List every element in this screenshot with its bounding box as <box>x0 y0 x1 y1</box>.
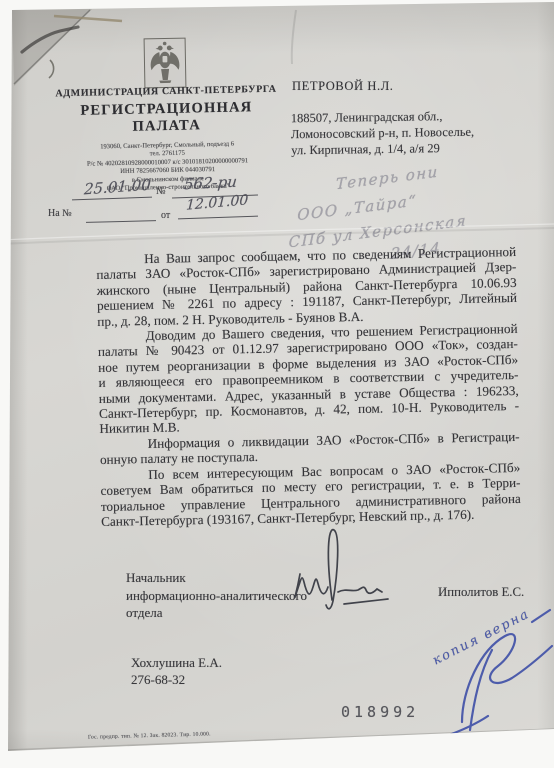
executor-block: Хохлушина Е.А. 276-68-32 <box>131 654 222 688</box>
signature-ink-dark <box>295 530 388 609</box>
double-headed-eagle-icon <box>145 39 186 88</box>
org-name-line1: АДМИНИСТРАЦИЯ САНКТ-ПЕТЕРБУРГА <box>51 84 281 100</box>
printing-house-info: Гос. предпр. тип. № 12. Зак. 82023. Тир.… <box>88 731 211 740</box>
letter-body: На Ваш запрос сообщаем, что по сведениям… <box>96 244 521 529</box>
handwritten-outgoing-number: 562-ри <box>183 173 237 194</box>
vertical-crease <box>292 10 296 64</box>
fold-shadow-line <box>22 27 78 52</box>
signature-title: Начальникинформационно-аналитическогоотд… <box>126 569 307 622</box>
pencil-check-mark <box>49 60 54 78</box>
from-label: от <box>161 210 170 221</box>
recipient-address-line: ул. Кирпичная, д. 1/4, а/я 29 <box>291 140 474 158</box>
pencil-line: Теперь они <box>336 162 439 193</box>
executor-phone: 276-68-32 <box>131 671 222 688</box>
signature-title-line: информационно-аналитического <box>126 587 307 605</box>
handwritten-incoming-date: 12.01.00 <box>186 192 249 214</box>
org-name-line2: РЕГИСТРАЦИОННАЯ ПАЛАТА <box>51 99 282 138</box>
recipient-name: ПЕТРОВОЙ Н.Л. <box>292 79 394 94</box>
signature-title-line: Начальник <box>126 569 307 587</box>
executor-name: Хохлушина Е.А. <box>131 654 222 671</box>
recipient-address: 188507, Ленинградская обл.,Ломоносовский… <box>291 109 475 159</box>
corner-fold <box>12 9 92 86</box>
coat-of-arms-box <box>144 38 187 89</box>
body-paragraph: Доводим до Вашего сведения, что решением… <box>97 321 519 437</box>
signatory-name: Ипполитов Е.С. <box>438 585 524 600</box>
form-serial-number: 018992 <box>341 703 419 721</box>
letterhead: АДМИНИСТРАЦИЯ САНКТ-ПЕТЕРБУРГА РЕГИСТРАЦ… <box>51 84 283 195</box>
copy-certification-note: копия верна <box>430 607 532 669</box>
on-number-label: На № <box>48 208 72 219</box>
body-paragraph: По всем интересующим Вас вопросам о ЗАО … <box>100 460 521 530</box>
tape-mark <box>54 16 122 21</box>
fold-crease <box>14 10 90 84</box>
scanned-letter-page: АДМИНИСТРАЦИЯ САНКТ-ПЕТЕРБУРГА РЕГИСТРАЦ… <box>0 0 554 768</box>
ref-underline-4 <box>178 216 258 220</box>
signature-title-line: отдела <box>126 604 307 622</box>
handwritten-date: 25.01.00 <box>83 176 151 199</box>
body-paragraph: На Ваш запрос сообщаем, что по сведениям… <box>96 244 517 329</box>
recipient-address-line: Ломоносовский р-н, п. Новоселье, <box>291 125 474 143</box>
number-sign-label: № <box>156 186 166 197</box>
ref-underline-3 <box>86 220 156 223</box>
